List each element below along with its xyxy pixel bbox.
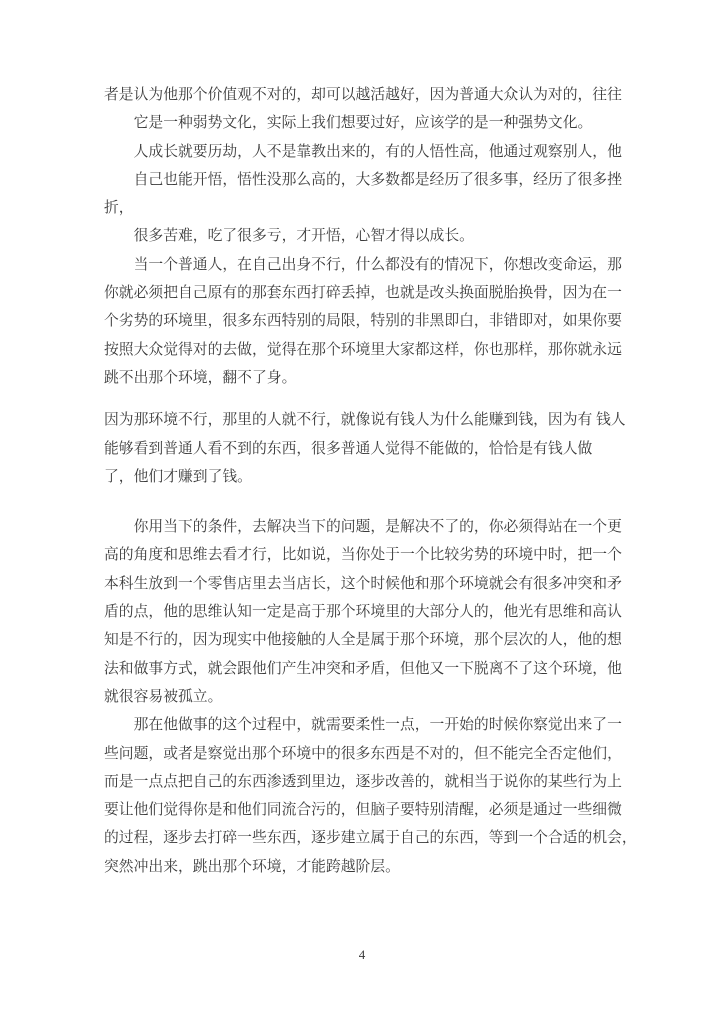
text-line: 那在他做事的这个过程中，就需要柔性一点，一开始的时候你察觉出来了一 [104, 711, 626, 739]
text-line: 它是一种弱势文化，实际上我们想要过好，应该学的是一种强势文化。 [104, 109, 626, 137]
text-line: 人成长就要历劫，人不是靠教出来的，有的人悟性高，他通过观察别人，他 [104, 138, 626, 166]
text-line: 了，他们才赚到了钱。 [104, 463, 626, 491]
text-line: 按照大众觉得对的去做，觉得在那个环境里大家都这样，你也那样，那你就永远 [104, 336, 626, 364]
text-line: 因为那环境不行，那里的人就不行，就像说有钱人为什么能赚到钱，因为有 钱人 [104, 406, 626, 434]
text-line: 跳不出那个环境，翻不了身。 [104, 364, 626, 392]
text-line: 本科生放到一个零售店里去当店长，这个时候他和那个环境就会有很多冲突和矛 [104, 570, 626, 598]
text-line: 很多苦难，吃了很多亏，才开悟，心智才得以成长。 [104, 222, 626, 250]
text-line: 要让他们觉得你是和他们同流合污的，但脑子要特别清醒，必须是通过一些细微 [104, 796, 626, 824]
text-line: 盾的点，他的思维认知一定是高于那个环境里的大部分人的，他光有思维和高认 [104, 598, 626, 626]
text-line: 些问题，或者是察觉出那个环境中的很多东西是不对的，但不能完全否定他们， [104, 740, 626, 768]
text-line: 高的角度和思维去看才行，比如说，当你处于一个比较劣势的环境中时，把一个 [104, 541, 626, 569]
text-line: 自己也能开悟，悟性没那么高的，大多数都是经历了很多事，经历了很多挫 [104, 166, 626, 194]
text-line: 的过程，逐步去打碎一些东西，逐步建立属于自己的东西，等到一个合适的机会， [104, 824, 626, 852]
text-block: 者是认为他那个价值观不对的，却可以越活越好，因为普通大众认为对的，往往它是一种弱… [104, 81, 626, 881]
text-line: 当一个普通人，在自己出身不行，什么都没有的情况下，你想改变命运，那 [104, 251, 626, 279]
text-line: 就很容易被孤立。 [104, 683, 626, 711]
text-line: 能够看到普通人看不到的东西，很多普通人觉得不能做的，恰恰是有钱人做 [104, 435, 626, 463]
page-number: 4 [0, 946, 724, 964]
text-line: 你用当下的条件，去解决当下的问题，是解决不了的，你必须得站在一个更 [104, 513, 626, 541]
text-line: 者是认为他那个价值观不对的，却可以越活越好，因为普通大众认为对的，往往 [104, 81, 626, 109]
text-line: 折， [104, 194, 626, 222]
text-line: 而是一点点把自己的东西渗透到里边，逐步改善的，就相当于说你的某些行为上 [104, 768, 626, 796]
text-line: 个劣势的环境里，很多东西特别的局限，特别的非黑即白，非错即对，如果你要 [104, 307, 626, 335]
text-line: 法和做事方式，就会跟他们产生冲突和矛盾，但他又一下脱离不了这个环境，他 [104, 655, 626, 683]
document-page: 者是认为他那个价值观不对的，却可以越活越好，因为普通大众认为对的，往往它是一种弱… [0, 0, 724, 1024]
text-line: 知是不行的，因为现实中他接触的人全是属于那个环境，那个层次的人，他的想 [104, 626, 626, 654]
text-line: 你就必须把自己原有的那套东西打碎丢掉，也就是改头换面脱胎换骨，因为在一 [104, 279, 626, 307]
text-line: 突然冲出来，跳出那个环境，才能跨越阶层。 [104, 853, 626, 881]
